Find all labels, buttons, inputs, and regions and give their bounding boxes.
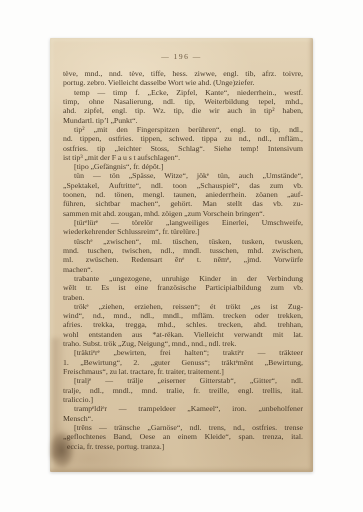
text-line: [träktiᵉrᵉ „bewirten, frei halten“; trak…	[63, 348, 303, 357]
text-line: traliccio.]	[63, 395, 303, 404]
text-line: „Spektakel, Auftritte“, ndl. toon „Schau…	[63, 181, 303, 190]
text-line: eccia, fr. tresse, portug. tranza.]	[63, 442, 303, 451]
page-text-block: tève, mnd., nnd. tève, tiffe, hess. ziww…	[63, 69, 303, 466]
text-line: timp, ohne Nasalierung, ndl. tip, Weiter…	[63, 97, 303, 106]
text-line: tralje, ndl., mndl., mnd. tralie, fr. tr…	[63, 386, 303, 395]
text-line: führen, sichtbar machen“, gehört. Man st…	[63, 199, 303, 208]
text-line: wiederkehrender Schlussreim“, fr. türelü…	[63, 227, 303, 236]
text-line: Mensch“.	[63, 414, 303, 423]
text-line: wêlt tr. Es ist eine französische Partic…	[63, 283, 303, 292]
text-line: trabante „ungezogene, unruhige Kinder in…	[63, 274, 303, 283]
page-number: — 196 —	[50, 52, 313, 61]
text-line: toonen, nd. tönen, mengl. taunen, aniede…	[63, 190, 303, 199]
text-line: mnd. tuschen, twischen, ndl., mndl. tuss…	[63, 246, 303, 255]
text-line: [traljᵉ — trälje „eiserner Gitterstab“, …	[63, 376, 303, 385]
text-line: afries. trekka, tregga, mhd., schles. tr…	[63, 320, 303, 329]
text-line: traben.	[63, 293, 303, 302]
text-line: temp — timp f. „Ecke, Zipfel, Kante“, ni…	[63, 88, 303, 97]
text-line: tüschᵉ „zwischen“, ml. tüschen, tüsken, …	[63, 237, 303, 246]
text-line: ahd. zipfel, engl. tip. Wz. tip, die wir…	[63, 106, 303, 115]
text-line: tün — tön „Spässe, Witze“, jökᵉ tün, auc…	[63, 171, 303, 180]
text-line: ist tip³ „mit der F a u s t aufschlagen“…	[63, 153, 303, 162]
text-line: tève, mnd., nnd. tève, tiffe, hess. ziww…	[63, 69, 303, 78]
text-line: wind“, nd., mnd., ndl., mndl., mfläm. tr…	[63, 311, 303, 320]
text-line: trökᵉ „ziehen, erziehen, reissen“; ét tr…	[63, 302, 303, 311]
text-line: tip² „mit den Fingerspitzen berühren“, e…	[63, 125, 303, 134]
text-line: [trêns — tränsche „Garnöse“, ndl. trens,…	[63, 423, 303, 432]
text-line: machen“.	[63, 265, 303, 274]
text-line: ostfries. tip „leichter Stoss, Schlag“. …	[63, 144, 303, 153]
text-line: „geflochtenes Band, Oese an einem Kleide…	[63, 432, 303, 441]
text-line: sammen mit ahd. zougan, mhd. zöigen „zum…	[63, 209, 303, 218]
text-line: wohl entstanden aus *at-rëkan. Vielleich…	[63, 330, 303, 339]
text-line: 1. „Bewirtung“, 2. „guter Genuss“; träkt…	[63, 358, 303, 367]
text-line: ml. zwüschen. Redensart ēnᵉ t. nēmᵉ, „jm…	[63, 255, 303, 264]
text-line: trampᵉldiᵉr — trampeldeer „Kameel“, iron…	[63, 404, 303, 413]
book-page: — 196 — tève, mnd., nnd. tève, tiffe, he…	[50, 38, 313, 472]
text-line: [tipo „Gefängnis“, fr. dépôt.]	[63, 162, 303, 171]
text-line: [türᵉlürᵉ — törelör „langweiliges Einerl…	[63, 218, 303, 227]
text-line: portug. zebro. Vielleicht dasselbe Wort …	[63, 78, 303, 87]
text-line: traho. Subst. trök „Zug, Neigung“, mnd.,…	[63, 339, 303, 348]
text-line: Mundartl. tip’l „Punkt“.	[63, 116, 303, 125]
text-line: nd. tippen, ostfries. tippen, schwed. ti…	[63, 134, 303, 143]
text-line: Freischmaus“, zu lat. tractare, fr. trai…	[63, 367, 303, 376]
